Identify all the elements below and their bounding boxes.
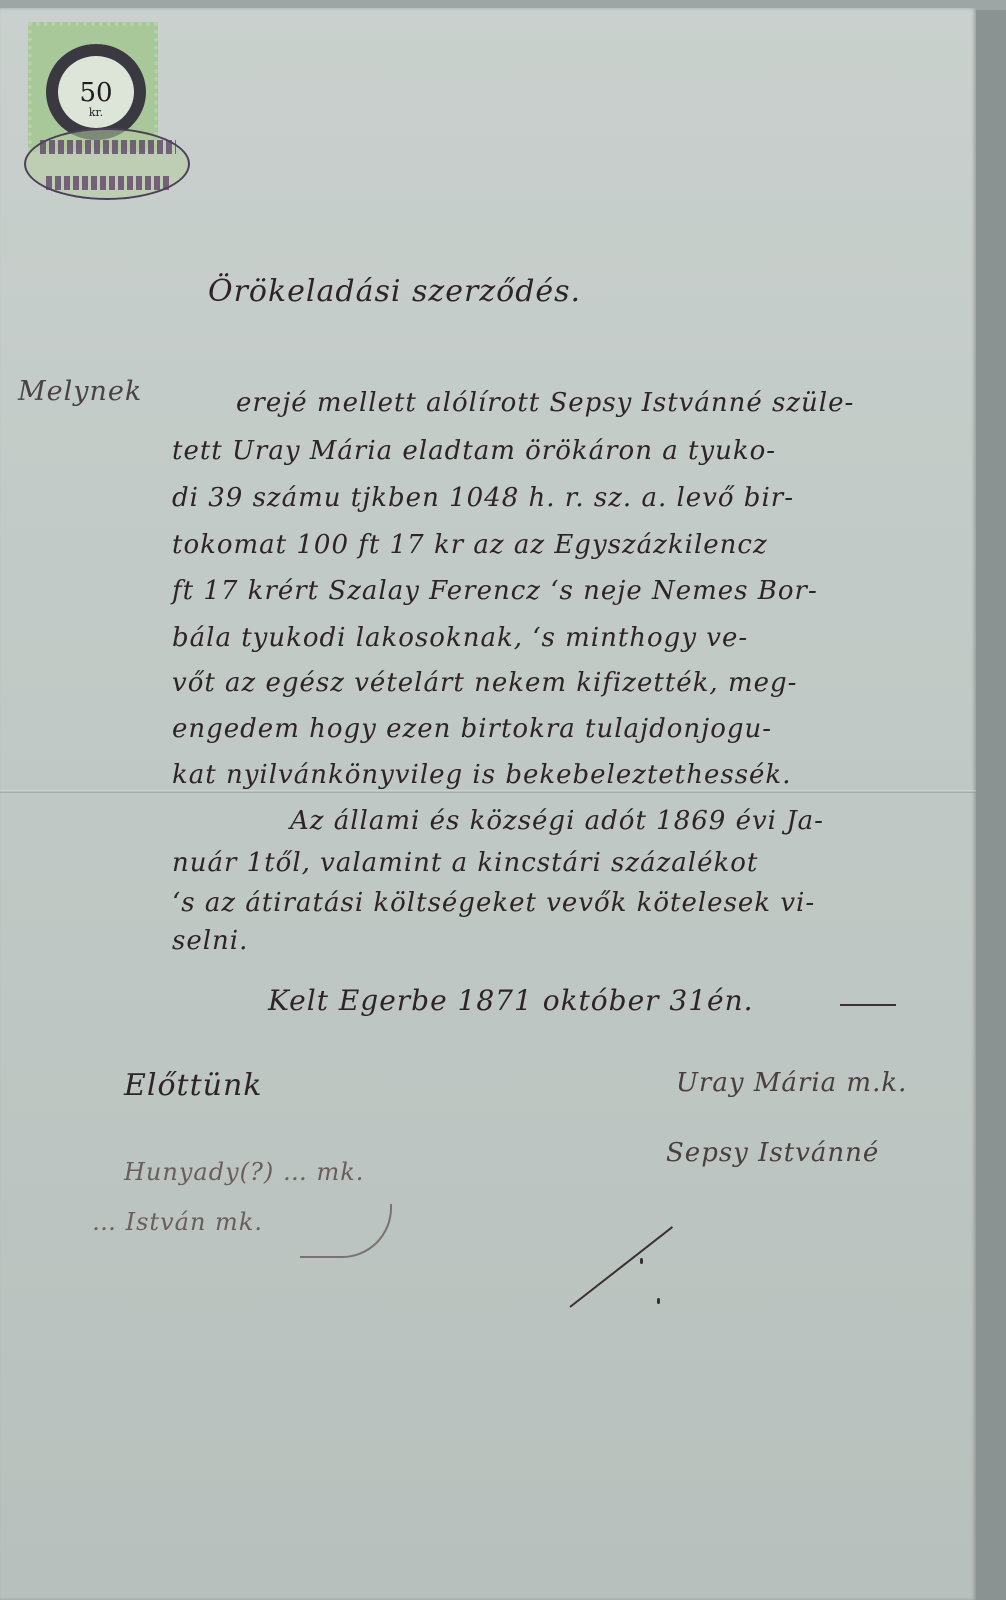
ink-dot (640, 1258, 643, 1264)
seller-signature-name: Uray Mária m.k. (676, 1068, 907, 1098)
witness-header: Előttünk (124, 1068, 263, 1103)
body-line-10: Az állami és községi adót 1869 évi Ja- (290, 806, 824, 836)
paper-fold-line (0, 790, 976, 793)
stamp-value: 50 (58, 78, 134, 108)
body-line-1: erejé mellett alólírott Sepsy Istvánné s… (236, 388, 854, 418)
stamp-ring-icon: 50 kr. (46, 44, 146, 140)
seller-signature-married-name: Sepsy Istvánné (666, 1138, 879, 1168)
stamp-unit: kr. (58, 106, 134, 119)
cancellation-text-lower (46, 176, 170, 190)
document-page: 50 kr. Örökeladási szerződés. Melynek er… (0, 8, 976, 1600)
margin-note: Melynek (18, 376, 142, 407)
body-line-7: vőt az egész vételárt nekem kifizették, … (172, 668, 797, 698)
cancellation-text-upper (40, 140, 176, 154)
body-line-2: tett Uray Mária eladtam örökáron a tyuko… (172, 436, 776, 466)
date-dash-stroke (840, 1004, 896, 1006)
signature-mark-stroke (569, 1226, 673, 1308)
body-line-5: ft 17 krért Szalay Ferencz ‘s neje Nemes… (172, 576, 818, 606)
signature-flourish (300, 1204, 392, 1258)
document-title: Örökeladási szerződés. (208, 274, 581, 309)
date-line: Kelt Egerbe 1871 október 31én. (268, 984, 754, 1017)
body-line-11: nuár 1től, valamint a kincstári százalék… (172, 848, 758, 878)
ink-dot (657, 1298, 660, 1304)
stamp-cancellation-oval (24, 128, 190, 200)
body-line-6: bála tyukodi lakosoknak, ‘s minthogy ve- (172, 623, 748, 653)
witness-signature-1: Hunyady(?) … mk. (124, 1158, 364, 1186)
body-line-4: tokomat 100 ft 17 kr az az Egyszázkilenc… (172, 530, 768, 560)
body-line-8: engedem hogy ezen birtokra tulajdonjogu- (172, 714, 772, 744)
body-line-3: di 39 számu tjkben 1048 h. r. sz. a. lev… (172, 483, 794, 513)
body-line-12: ‘s az átiratási költségeket vevők kötele… (172, 888, 815, 918)
body-line-9: kat nyilvánkönyvileg is bekebeleztethess… (172, 760, 791, 790)
body-line-13: selni. (172, 926, 248, 956)
witness-signature-2: … István mk. (92, 1208, 263, 1236)
